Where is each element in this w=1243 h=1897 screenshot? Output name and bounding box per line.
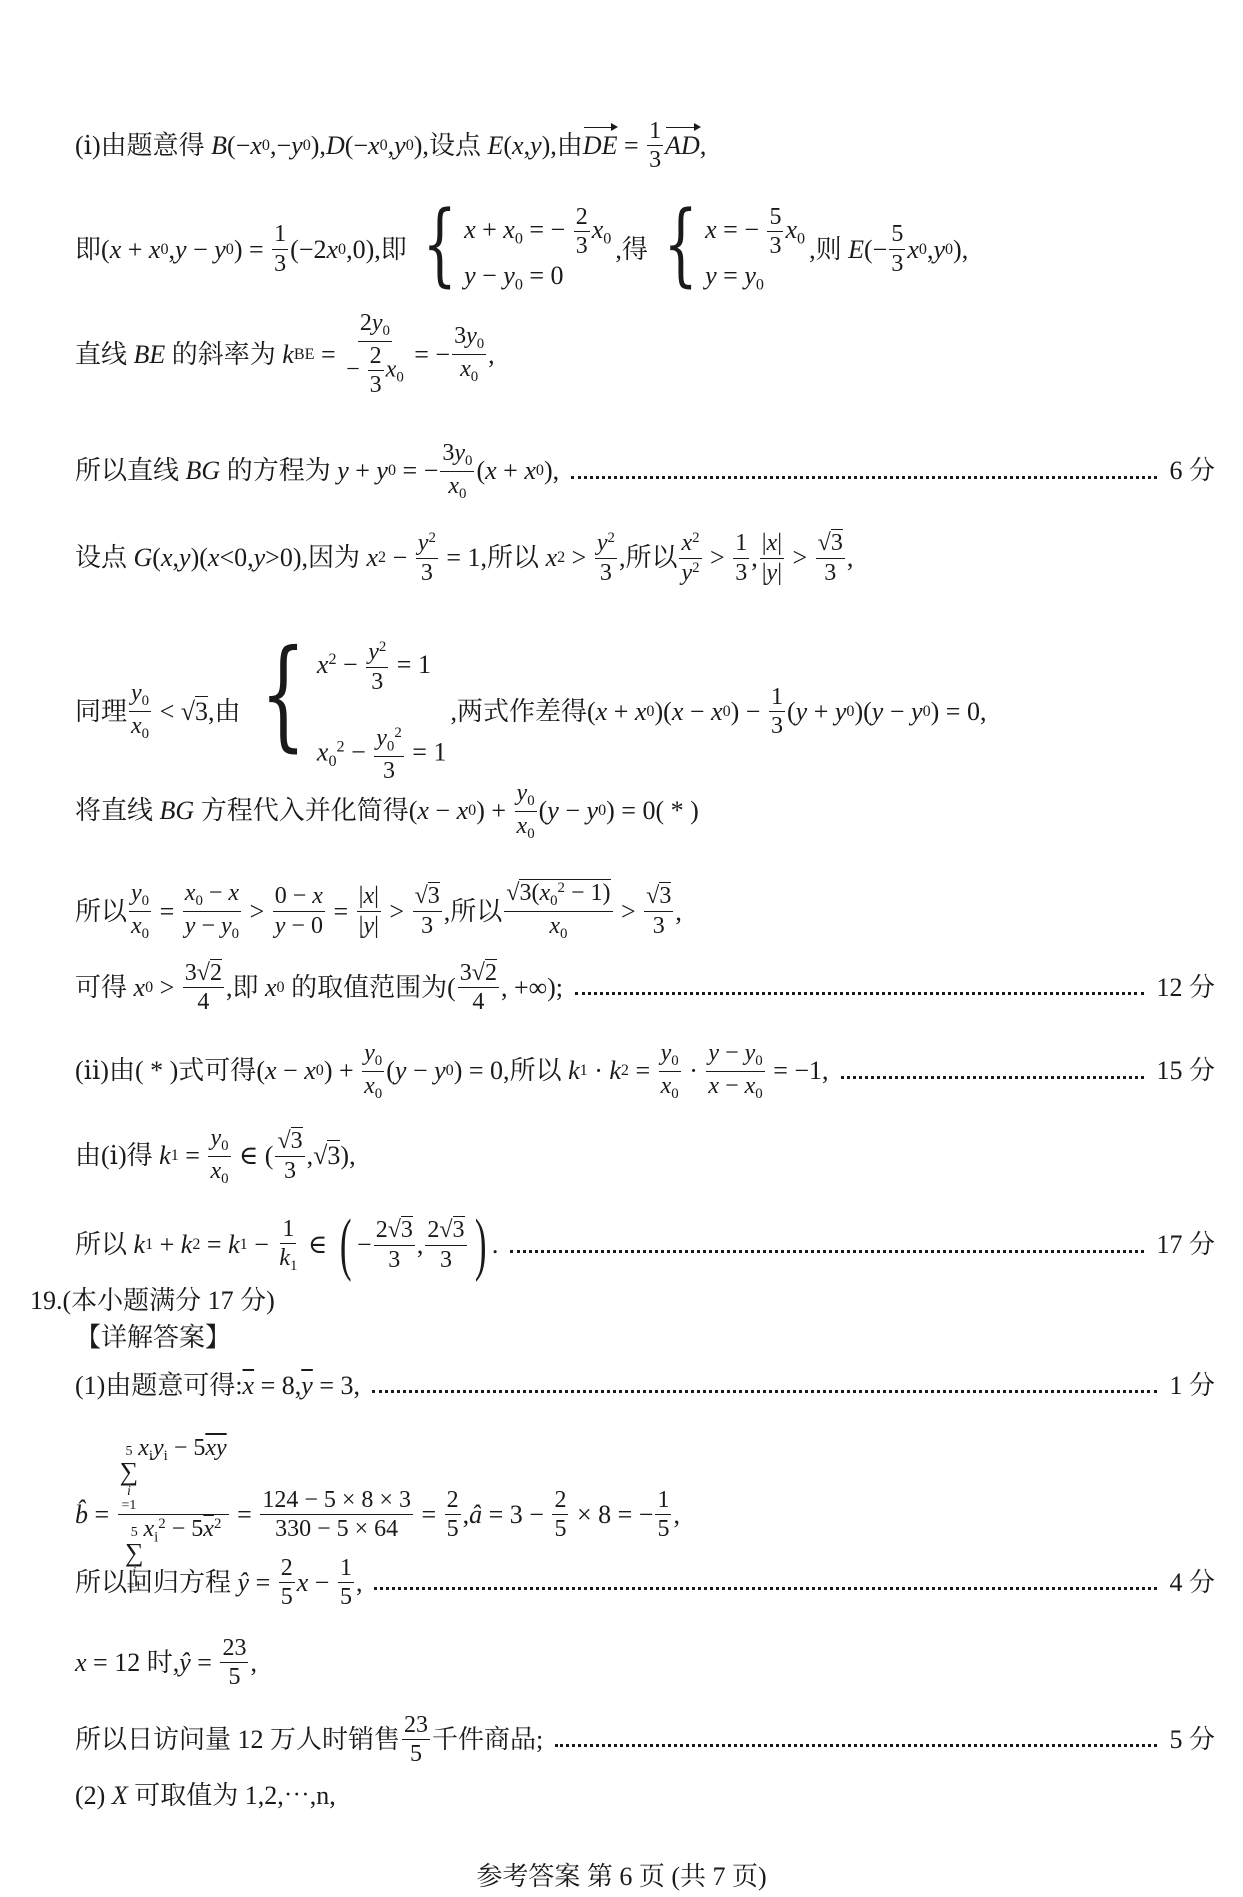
text: 可取值为 1,2,⋯,n,	[134, 1780, 336, 1811]
text: 由	[557, 130, 583, 161]
text: 所以直线	[75, 455, 179, 486]
solution-line-3: 直线 BE 的斜率为 kBE = 2y0− 23x0 = − 3y0x0,	[75, 310, 1215, 398]
solution-line-1: (ⅰ) 由题意得 B(−x0,−y0), D(−x0,y0), 设点 E(x,y…	[75, 118, 1215, 174]
text: 所以日访问量 12 万人时销售	[75, 1724, 400, 1755]
text: 两式作差得	[457, 696, 587, 727]
text: 所以回归方程	[75, 1567, 231, 1598]
solution-line-5: 设点 G(x,y)(x<0,y>0), 因为 x2 − y23 = 1, 所以 …	[75, 530, 1215, 586]
solution-line-18: x = 12 时 ,ŷ = 235,	[75, 1635, 1215, 1691]
text: 时	[147, 1647, 173, 1678]
text: 千件商品;	[432, 1724, 543, 1755]
detail-answer-label: 【详解答案】	[75, 1322, 1215, 1353]
text: 由题意得	[101, 130, 205, 161]
text: 得	[622, 234, 648, 265]
part-label: (ⅰ)	[101, 1140, 127, 1171]
text: 同理	[75, 696, 127, 727]
score-label: 1 分	[1169, 1370, 1215, 1401]
text: 设点	[75, 542, 127, 573]
equation-system: { x + x0 = − 23x0 y − y0 = 0	[411, 200, 612, 299]
section-label: 【详解答案】	[75, 1322, 231, 1353]
text: (1)由题意可得:	[75, 1370, 243, 1401]
text: 设点	[429, 130, 481, 161]
fraction: 13	[647, 118, 663, 174]
score-label: 5 分	[1169, 1724, 1215, 1755]
text: 的方程为	[227, 455, 331, 486]
text: 将直线	[75, 795, 153, 826]
equation-system: { x2 − y23 = 1 x02 − y023 = 1	[245, 635, 447, 788]
text: 由	[75, 1140, 101, 1171]
solution-line-17: 所以回归方程 ŷ = 25x − 15, 4 分	[75, 1555, 1215, 1611]
text: 的斜率为	[172, 339, 276, 370]
solution-line-20: (2) X 可取值为 1,2,⋯,n,	[75, 1780, 1215, 1811]
score-label: 15 分	[1156, 1055, 1215, 1086]
dot-leader	[841, 1076, 1145, 1079]
solution-line-9: 可得 x0 > 3√24, 即 x0 的取值范围为 (3√24, +∞); 12…	[75, 960, 1215, 1016]
heading-text: 19.(本小题满分 17 分)	[30, 1285, 275, 1316]
text: 所以	[510, 1055, 562, 1086]
text: 所以	[75, 1229, 127, 1260]
solution-line-8: 所以 y0x0 = x0 − xy − y0 > 0 − xy − 0 = |x…	[75, 880, 1215, 942]
score-label: 4 分	[1169, 1567, 1215, 1598]
text: 由	[109, 1055, 135, 1086]
solution-line-15: (1)由题意可得: x = 8,y = 3, 1 分	[75, 1370, 1215, 1401]
solution-line-4: 所以直线 BG 的方程为 y + y0 = − 3y0x0 (x + x0), …	[75, 440, 1215, 502]
text: 因为	[308, 542, 360, 573]
text: 所以	[450, 896, 502, 927]
score-label: 6 分	[1169, 455, 1215, 486]
text: 可得	[75, 972, 127, 1003]
text: 方程代入并化简得	[201, 795, 409, 826]
question-heading: 19.(本小题满分 17 分)	[30, 1285, 1215, 1316]
dot-leader	[555, 1744, 1157, 1747]
text: 即	[381, 234, 407, 265]
dot-leader	[510, 1250, 1144, 1253]
text: 式可得	[178, 1055, 256, 1086]
text: 的取值范围为	[291, 972, 447, 1003]
solution-line-12: 所以 k1 + k2 = k1 − 1k1 ∈ ( −2√33, 2√33 ).…	[75, 1210, 1215, 1280]
part-label: (ⅱ)	[75, 1055, 109, 1086]
page-footer: 参考答案 第 6 页 (共 7 页)	[0, 1856, 1243, 1893]
text: 由	[215, 696, 241, 727]
solution-line-11: 由 (ⅰ) 得 k1 = y0x0 ∈ (√33,√3),	[75, 1125, 1215, 1187]
dot-leader	[372, 1390, 1158, 1393]
solution-line-10: (ⅱ) 由 ( * ) 式可得 (x − x0) + y0x0 (y − y0)…	[75, 1040, 1215, 1102]
dot-leader	[374, 1587, 1157, 1590]
text: 直线	[75, 339, 127, 370]
text: 所以	[625, 542, 677, 573]
solution-line-2: 即 (x + x0,y − y0) = 13 (−2x0,0), 即 { x +…	[75, 200, 1215, 299]
solution-line-19: 所以日访问量 12 万人时销售 235 千件商品; 5 分	[75, 1712, 1215, 1768]
text: 得	[127, 1140, 153, 1171]
part-label: (ⅰ)	[75, 130, 101, 161]
text: 所以	[487, 542, 539, 573]
solution-line-6: 同理 y0x0 < √3, 由 { x2 − y23 = 1 x02 − y02…	[75, 635, 1215, 788]
text: (2)	[75, 1780, 105, 1811]
score-label: 12 分	[1156, 972, 1215, 1003]
solution-line-7: 将直线 BG 方程代入并化简得 (x − x0) + y0x0 (y − y0)…	[75, 780, 1215, 842]
dot-leader	[575, 992, 1144, 995]
text: 即	[75, 234, 101, 265]
text: 则	[816, 234, 842, 265]
equation-system: { x = − 53x0 y = y0	[652, 200, 805, 299]
dot-leader	[571, 476, 1157, 479]
text: 即	[232, 972, 258, 1003]
text: 所以	[75, 896, 127, 927]
score-label: 17 分	[1156, 1229, 1215, 1260]
